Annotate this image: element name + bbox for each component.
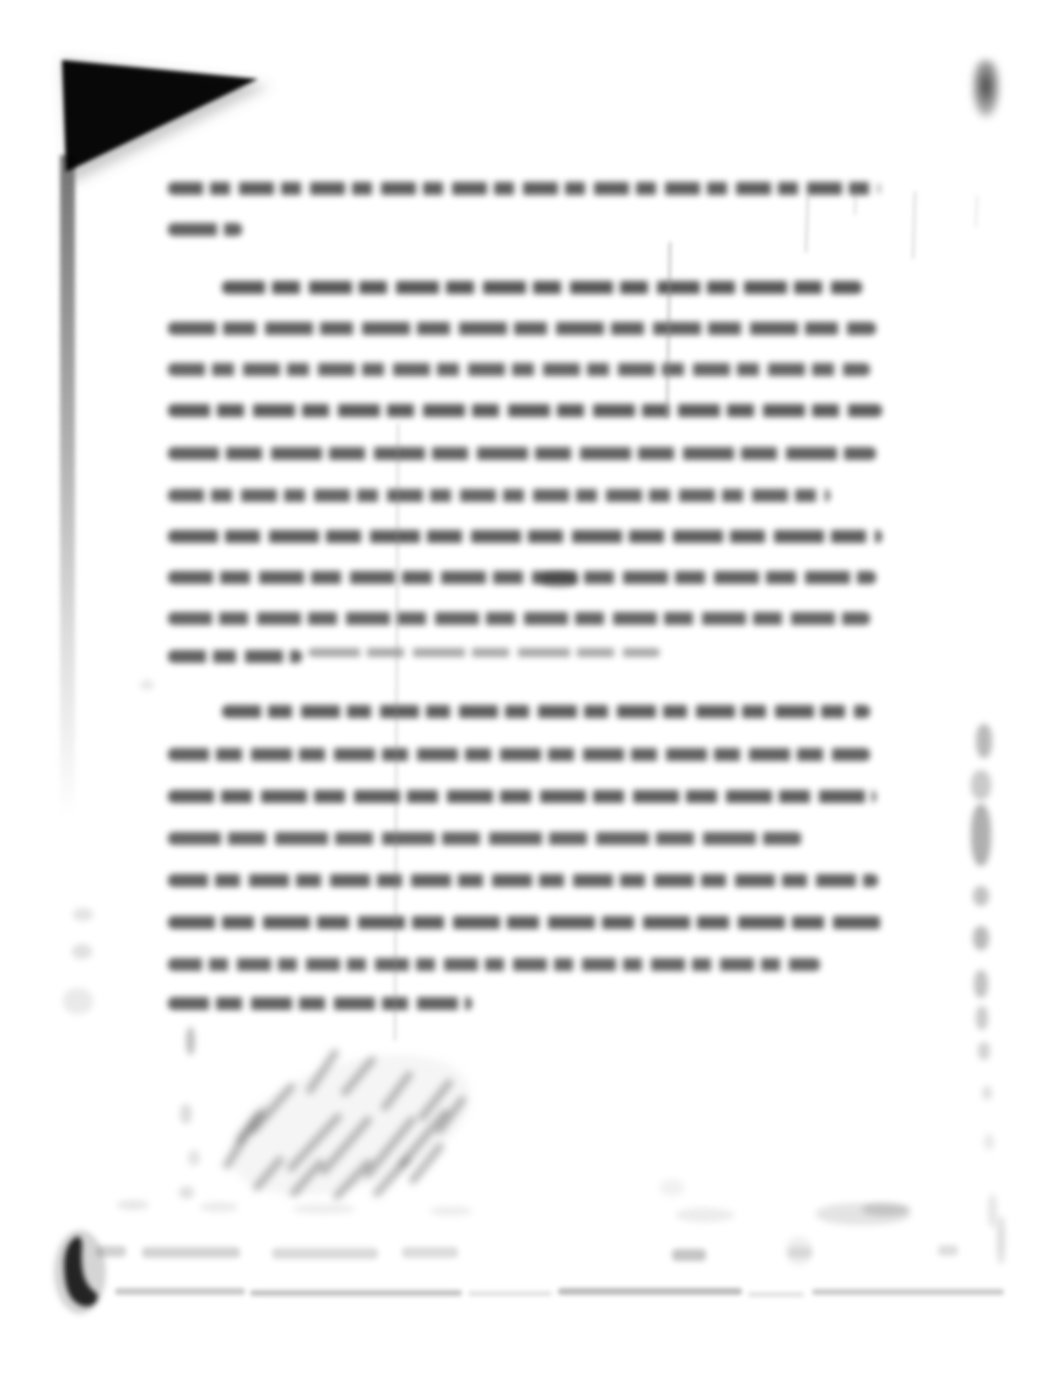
bottom-left-ink-blob — [54, 1230, 106, 1314]
pen-stroke — [976, 196, 977, 226]
pen-stroke — [855, 186, 856, 214]
pen-stroke — [806, 196, 808, 252]
pen-stroke — [395, 424, 398, 1040]
pen-stroke — [913, 192, 915, 258]
scanned-page — [0, 0, 1062, 1376]
pen-stroke — [667, 243, 670, 418]
corner-fold-mark — [62, 60, 258, 172]
handwritten-scribble — [212, 1027, 488, 1222]
corner-fold-shape — [62, 60, 258, 172]
pen-strokes — [395, 186, 977, 1040]
ink-layer — [0, 0, 1062, 1376]
